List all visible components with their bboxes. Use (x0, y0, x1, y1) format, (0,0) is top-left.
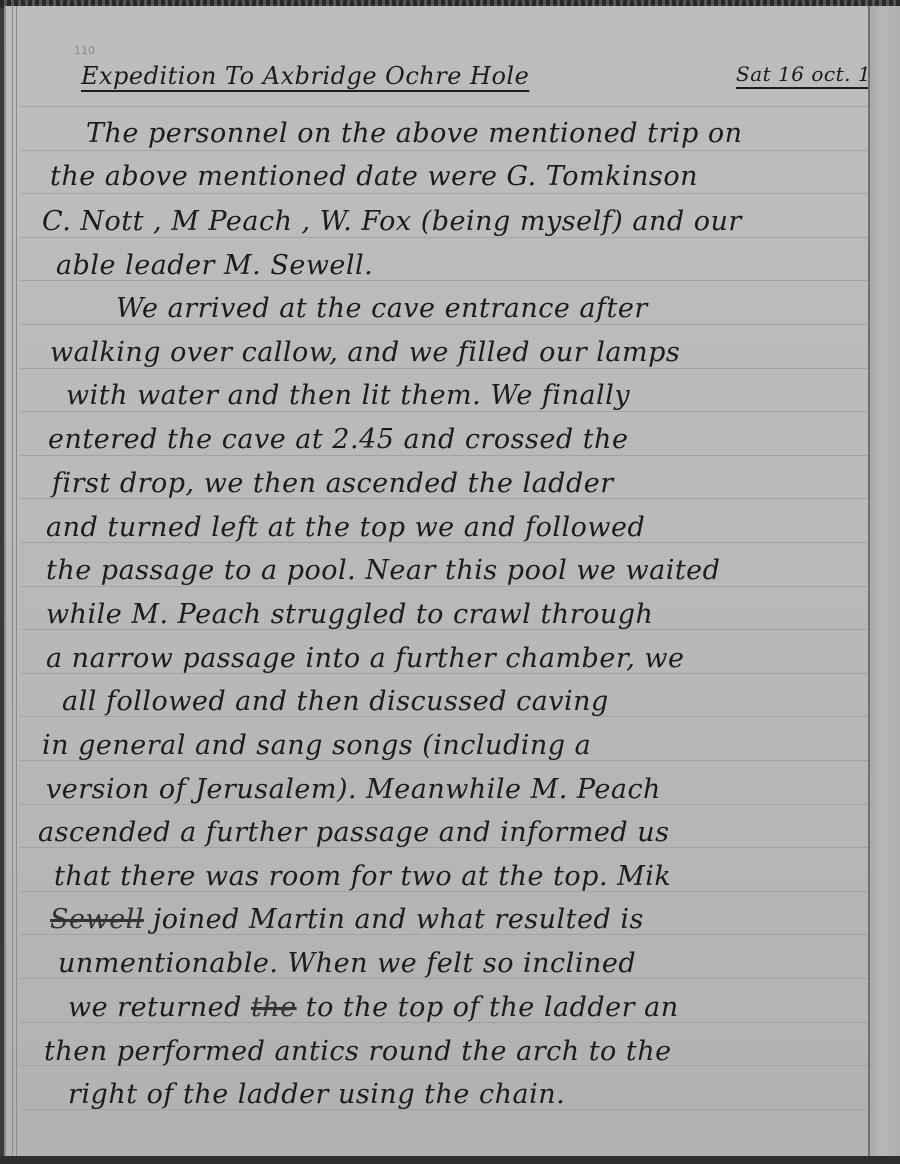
struck-word: the (251, 992, 297, 1023)
page-bottom-shadow (0, 1156, 900, 1164)
text-line: while M. Peach struggled to crawl throug… (46, 599, 653, 630)
ruled-line (20, 150, 870, 151)
margin-line (12, 6, 13, 1156)
page-number: 110 (74, 44, 95, 57)
ruled-line (20, 368, 870, 369)
ruled-line (20, 411, 870, 412)
ruled-line (20, 586, 870, 587)
ruled-line (20, 106, 870, 107)
ruled-line (20, 324, 870, 325)
page-stack-edge (868, 6, 900, 1164)
text-line: The personnel on the above mentioned tri… (86, 118, 743, 149)
ruled-line (20, 237, 870, 238)
struck-word: Sewell (50, 904, 144, 935)
text-line: walking over callow, and we filled our l… (50, 337, 680, 368)
ruled-line (20, 193, 870, 194)
ruled-line (20, 455, 870, 456)
text-line: We arrived at the cave entrance after (116, 293, 648, 324)
text-line: then performed antics round the arch to … (44, 1036, 672, 1067)
text-line: and turned left at the top we and follow… (46, 512, 645, 543)
text-line: that there was room for two at the top. … (54, 861, 671, 892)
text-line: C. Nott , M Peach , W. Fox (being myself… (42, 206, 742, 237)
text-line: right of the ladder using the chain. (68, 1079, 565, 1110)
text-line: version of Jerusalem). Meanwhile M. Peac… (46, 774, 661, 805)
text-line: Sewell joined Martin and what resulted i… (50, 904, 644, 935)
text-line: we returned the to the top of the ladder… (68, 992, 679, 1023)
margin-line (16, 6, 17, 1156)
text-line: all followed and then discussed caving (62, 686, 609, 717)
notebook-page: 110 Expedition To Axbridge Ochre Hole Sa… (4, 6, 870, 1156)
text-line: with water and then lit them. We finally (66, 380, 630, 411)
text-line: ascended a further passage and informed … (38, 817, 670, 848)
text-line: unmentionable. When we felt so inclined (58, 948, 636, 979)
text-line: first drop, we then ascended the ladder (52, 468, 614, 499)
page-title: Expedition To Axbridge Ochre Hole (81, 62, 529, 90)
text-line: the passage to a pool. Near this pool we… (46, 555, 720, 586)
text-line: the above mentioned date were G. Tomkins… (50, 161, 698, 192)
text-line: entered the cave at 2.45 and crossed the (48, 424, 628, 455)
text-line: able leader M. Sewell. (56, 250, 373, 281)
text-line: a narrow passage into a further chamber,… (46, 643, 685, 674)
text-line: in general and sang songs (including a (42, 730, 591, 761)
